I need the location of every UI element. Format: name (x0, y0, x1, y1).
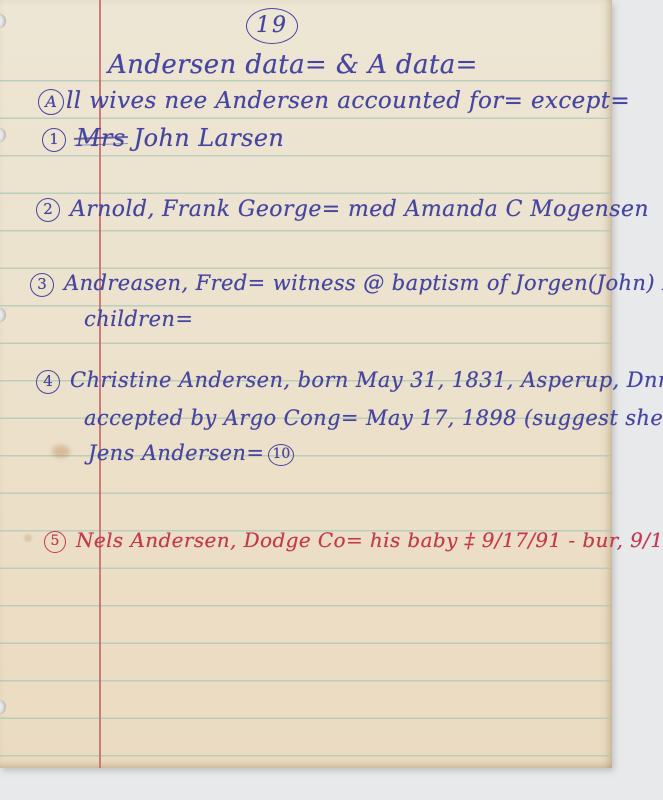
cross-reference-circled-10: 10 (268, 444, 294, 466)
item-5-number-circle: 5 (44, 531, 66, 553)
torn-edge-notch (0, 14, 6, 28)
item-1-text: John Larsen (134, 124, 285, 152)
item-1-number-circle: 1 (42, 128, 66, 152)
item-3-text: Andreasen, Fred= witness @ baptism of Jo… (64, 271, 663, 295)
item-4: 4Christine Andersen, born May 31, 1831, … (36, 368, 663, 394)
item-4-continuation-1: accepted by Argo Cong= May 17, 1898 (sug… (84, 406, 663, 430)
item-4-text: Christine Andersen, born May 31, 1831, A… (70, 368, 663, 392)
item-5-text: Nels Andersen, Dodge Co= his baby ‡ 9/17… (76, 528, 663, 552)
item-2-text: Arnold, Frank George= med Amanda C Mogen… (70, 197, 649, 222)
torn-edge-notch (0, 128, 6, 142)
item-3-continuation: children= (84, 307, 193, 331)
item-1-scribbled-word: Mrs (76, 124, 126, 152)
item-3: 3Andreasen, Fred= witness @ baptism of J… (30, 271, 663, 297)
item-4-number-circle: 4 (36, 370, 60, 394)
item-4-cont2-text: Jens Andersen= (88, 441, 264, 465)
heading: Andersen data= & A data= (108, 50, 478, 80)
intro-text: ll wives nee Andersen accounted for= exc… (66, 88, 630, 114)
scanned-notebook-page: { "document": { "kind": "handwritten not… (0, 0, 663, 800)
torn-edge-notch (0, 700, 6, 714)
item-2: 2Arnold, Frank George= med Amanda C Moge… (36, 197, 649, 222)
paper-stain (52, 445, 70, 458)
item-2-number-circle: 2 (36, 198, 60, 222)
torn-edge-notch (0, 308, 6, 322)
item-3-number-circle: 3 (30, 273, 54, 297)
item-1: 1MrsJohn Larsen (42, 124, 284, 152)
item-4-continuation-2: Jens Andersen=10 (88, 441, 294, 466)
notebook-paper: 19 Andersen data= & A data= All wives ne… (0, 0, 612, 768)
paper-stain (24, 534, 32, 542)
item-5: 5Nels Andersen, Dodge Co= his baby ‡ 9/1… (44, 528, 663, 553)
circled-letter-a: A (38, 89, 64, 115)
page-number-circled: 19 (246, 8, 298, 44)
intro-line: All wives nee Andersen accounted for= ex… (38, 88, 630, 115)
